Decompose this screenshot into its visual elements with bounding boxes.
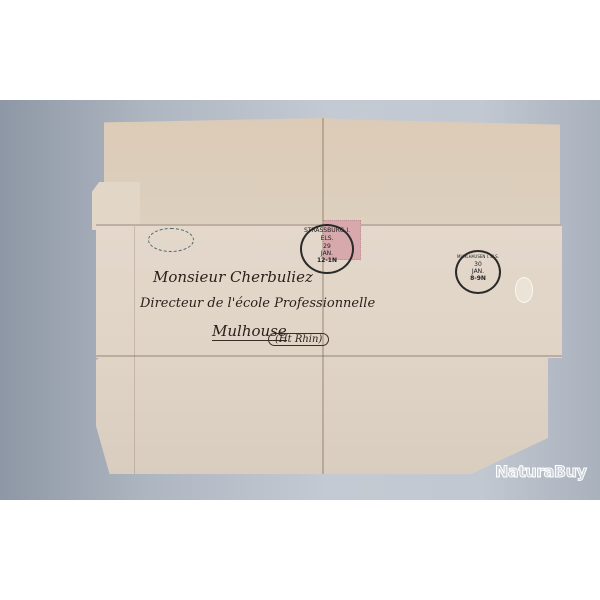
postmark-strassburg: STRASSBURG I. ELS. 29 JAN. 12-1N [300,224,354,274]
image-canvas: STRASSBURG I. ELS. 29 JAN. 12-1N MUHLHAU… [0,0,600,600]
postmark-time: 8-9N [457,275,499,282]
paper-side-tab [92,182,140,230]
wax-seal-remnant [515,277,533,303]
postmark-town: MUHLHAUSEN I. ELS. [457,253,499,261]
postmark-time: 12-1N [302,257,352,264]
postmark-month: JAN. [302,250,352,257]
address-line-1: Monsieur Cherbuliez [153,268,313,286]
postmark-town: STRASSBURG I. ELS. [302,227,352,243]
postmark-day: 30 [457,261,499,268]
address-line-4: (Ht Rhin) [268,333,329,346]
paper-top-flap [104,118,560,228]
address-line-2: Directeur de l'école Professionnelle [140,296,375,311]
left-fold-line [134,226,135,474]
postmark-day: 29 [302,243,352,250]
oval-cachet [148,228,194,252]
watermark-logo: NaturaBuy [495,462,586,481]
lower-fold-line [96,355,562,357]
postmark-muhlhausen: MUHLHAUSEN I. ELS. 30 JAN. 8-9N [455,250,501,294]
postmark-month: JAN. [457,268,499,275]
